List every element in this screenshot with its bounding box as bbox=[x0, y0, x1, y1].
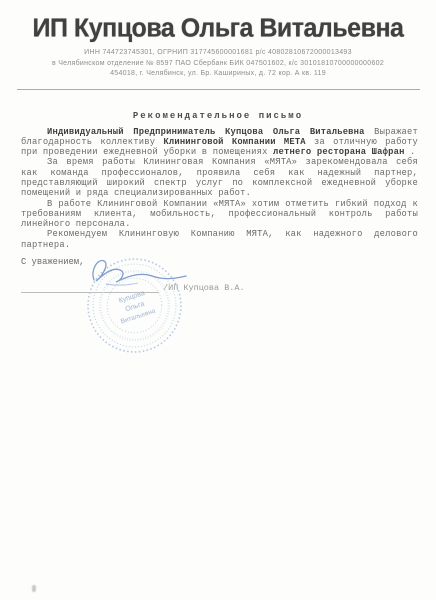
scanned-letter-page: ИП Купцова Ольга Витальевна ИНН 74472374… bbox=[0, 0, 436, 600]
paragraph-1: Индивидуальный Предприниматель Купцова О… bbox=[21, 127, 418, 158]
letterhead: ИП Купцова Ольга Витальевна ИНН 74472374… bbox=[0, 0, 436, 80]
letterhead-divider bbox=[17, 89, 420, 90]
letterhead-requisites-line3: 454018, г. Челябинск, ул. Бр. Кашириных,… bbox=[0, 69, 436, 80]
bold-sender-name: Индивидуальный Предприниматель Купцова О… bbox=[47, 127, 365, 137]
paragraph-3: В работе Клининговой Компании «МЯТА» хот… bbox=[21, 199, 418, 230]
letterhead-title: ИП Купцова Ольга Витальевна bbox=[0, 13, 436, 43]
letter-title: Рекомендательное письмо bbox=[0, 111, 436, 121]
letterhead-requisites-line1: ИНН 744723745301, ОГРНИП 317745600001681… bbox=[0, 48, 436, 59]
letter-body: Индивидуальный Предприниматель Купцова О… bbox=[21, 127, 418, 251]
paragraph-4: Рекомендуем Клининговую Компанию МЯТА, к… bbox=[21, 229, 418, 250]
handwritten-signature bbox=[86, 252, 190, 294]
bold-restaurant-name: летнего ресторана Шафран bbox=[273, 147, 405, 157]
paragraph-2: За время работы Клининговая Компания «МЯ… bbox=[21, 157, 418, 198]
letterhead-requisites-line2: в Челябинском отделение № 8597 ПАО Сберб… bbox=[0, 59, 436, 70]
scan-artifact bbox=[32, 585, 36, 592]
bold-company-name: Клининговой Компании МЕТА bbox=[163, 137, 305, 147]
